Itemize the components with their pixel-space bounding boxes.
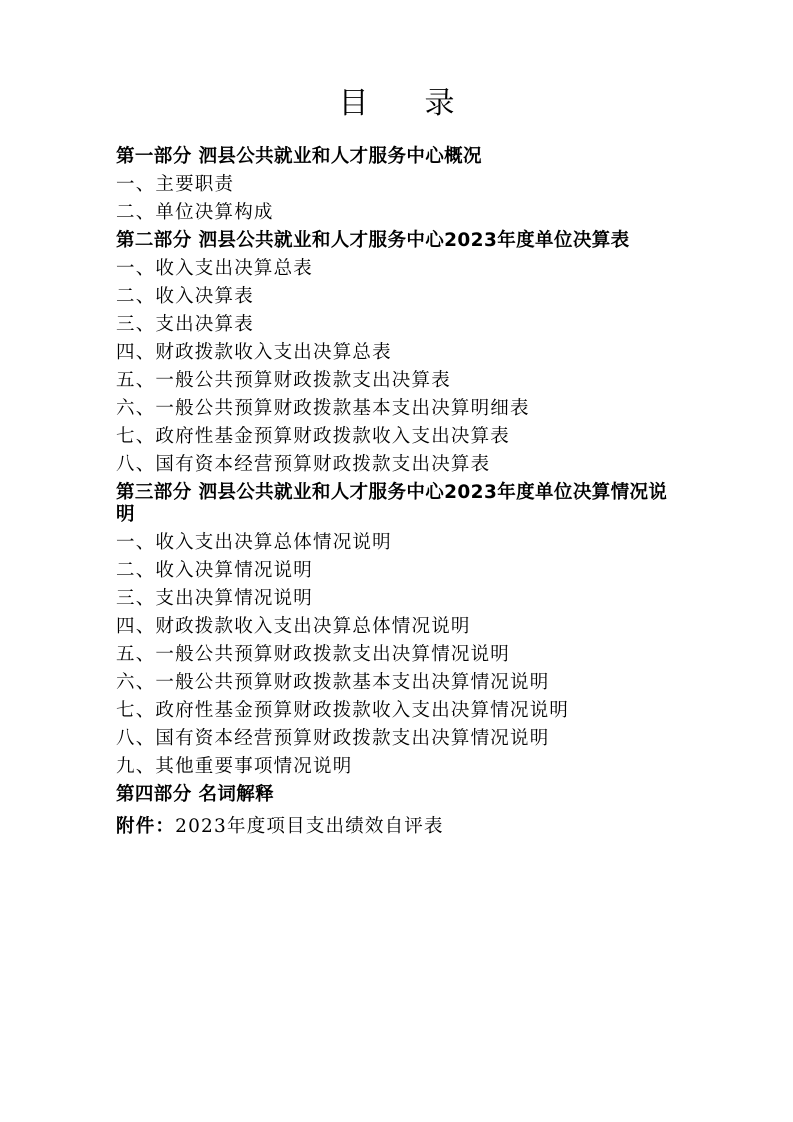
toc-item[interactable]: 五、一般公共预算财政拨款支出决算情况说明: [116, 641, 686, 669]
toc-item[interactable]: 一、收入支出决算总表: [116, 255, 686, 283]
page-title: 目录: [0, 84, 793, 124]
toc-part-3-heading[interactable]: 第三部分 泗县公共就业和人才服务中心2023年度单位决算情况说明: [116, 479, 686, 529]
toc-item[interactable]: 七、政府性基金预算财政拨款收入支出决算表: [116, 423, 686, 451]
document-page: 目录 第一部分 泗县公共就业和人才服务中心概况 一、主要职责 二、单位决算构成 …: [0, 0, 793, 1122]
toc-part-2-heading[interactable]: 第二部分 泗县公共就业和人才服务中心2023年度单位决算表: [116, 227, 686, 255]
attachment-text: 2023年度项目支出绩效自评表: [175, 816, 444, 837]
attachment-label: 附件：: [116, 816, 175, 837]
toc-item[interactable]: 八、国有资本经营预算财政拨款支出决算情况说明: [116, 725, 686, 753]
toc-part-1-heading[interactable]: 第一部分 泗县公共就业和人才服务中心概况: [116, 143, 686, 171]
toc-item[interactable]: 三、支出决算情况说明: [116, 585, 686, 613]
title-char-1: 目: [339, 86, 369, 121]
toc-item[interactable]: 七、政府性基金预算财政拨款收入支出决算情况说明: [116, 697, 686, 725]
toc-item[interactable]: 二、收入决算表: [116, 283, 686, 311]
toc-item[interactable]: 三、支出决算表: [116, 311, 686, 339]
toc-item[interactable]: 二、收入决算情况说明: [116, 557, 686, 585]
toc-item[interactable]: 五、一般公共预算财政拨款支出决算表: [116, 367, 686, 395]
toc-attachment[interactable]: 附件：2023年度项目支出绩效自评表: [116, 813, 686, 841]
toc-part-4-heading[interactable]: 第四部分 名词解释: [116, 781, 686, 809]
toc-item[interactable]: 四、财政拨款收入支出决算总体情况说明: [116, 613, 686, 641]
toc-item[interactable]: 四、财政拨款收入支出决算总表: [116, 339, 686, 367]
toc-item[interactable]: 六、一般公共预算财政拨款基本支出决算情况说明: [116, 669, 686, 697]
toc-item[interactable]: 八、国有资本经营预算财政拨款支出决算表: [116, 451, 686, 479]
toc-item[interactable]: 六、一般公共预算财政拨款基本支出决算明细表: [116, 395, 686, 423]
toc-item[interactable]: 一、主要职责: [116, 171, 686, 199]
toc-item[interactable]: 一、收入支出决算总体情况说明: [116, 529, 686, 557]
toc-item[interactable]: 九、其他重要事项情况说明: [116, 753, 686, 781]
table-of-contents: 第一部分 泗县公共就业和人才服务中心概况 一、主要职责 二、单位决算构成 第二部…: [116, 143, 686, 841]
title-char-2: 录: [425, 86, 455, 121]
toc-item[interactable]: 二、单位决算构成: [116, 199, 686, 227]
